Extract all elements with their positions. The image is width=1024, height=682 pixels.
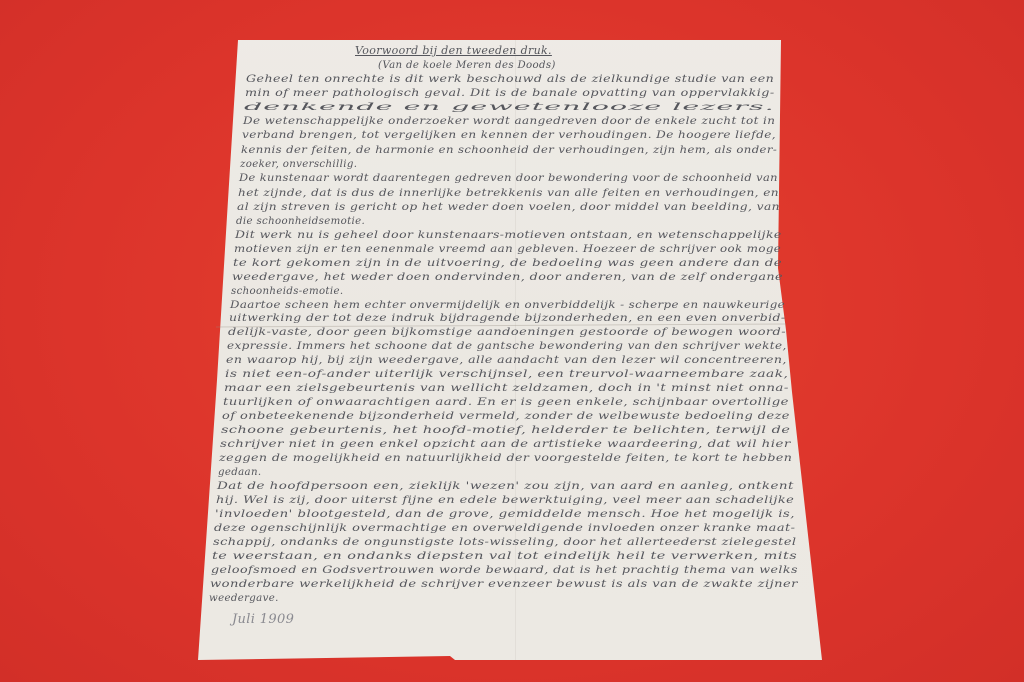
text-line: of onbeteekenende bijzonderheid vermeld,… [222, 411, 790, 422]
text-line: deze ogenschijnlijk overmachtige en over… [214, 523, 795, 534]
text-line: te weerstaan, en ondanks diepsten val to… [212, 551, 797, 562]
text-line: Dit werk nu is geheel door kunstenaars-m… [235, 230, 782, 241]
text-line: zeggen de mogelijkheid en natuurlijkheid… [219, 453, 792, 464]
text-line: schrijver niet in geen enkel opzicht aan… [220, 439, 791, 450]
text-line: schoonheids-emotie. [231, 286, 343, 297]
text-line: tuurlijken of onwaarachtigen aard. En er… [223, 397, 789, 408]
text-line: verband brengen, tot vergelijken en kenn… [242, 130, 776, 141]
text-line: delijk-vaste, door geen bijkomstige aand… [228, 327, 786, 338]
text-line: al zijn streven is gericht op het weder … [237, 202, 780, 213]
text-line: geloofsmoed en Godsvertrouwen worde bewa… [211, 565, 798, 576]
text-line: min of meer pathologisch geval. Dit is d… [245, 88, 775, 99]
text-line: De wetenschappelijke onderzoeker wordt a… [243, 116, 775, 127]
text-line: is niet een-of-ander uiterlijk verschijn… [225, 369, 788, 380]
manuscript-text: Voorwoord bij den tweeden druk. (Van de … [0, 0, 1024, 682]
text-line: het zijnde, dat is dus de innerlijke bet… [238, 188, 779, 199]
text-line: gedaan. [218, 467, 261, 478]
text-line: wonderbare werkelijkheid de schrijver ev… [210, 579, 798, 590]
text-line: expressie. Immers het schoone dat de gan… [227, 341, 787, 352]
manuscript-date: Juli 1909 [232, 612, 294, 627]
manuscript-title: Voorwoord bij den tweeden druk. [355, 44, 552, 57]
text-line: denkende en gewetenlooze lezers. [244, 102, 775, 113]
text-line: die schoonheidsemotie. [236, 216, 365, 227]
text-line: uitwerking der tot deze indruk bijdragen… [229, 313, 786, 324]
text-line: Geheel ten onrechte is dit werk beschouw… [246, 74, 774, 85]
text-line: Daartoe scheen hem echter onvermijdelijk… [230, 300, 785, 311]
text-line: maar een zielsgebeurtenis van wellicht z… [224, 383, 789, 394]
text-line: 'invloeden' blootgesteld, dan de grove, … [215, 509, 795, 520]
text-line: en waarop hij, bij zijn weedergave, alle… [226, 355, 787, 366]
text-line: schappij, ondanks de ongunstigste lots-w… [213, 537, 797, 548]
text-line: hij. Wel is zij, door uiterst fijne en e… [216, 495, 794, 506]
text-line: zoeker, onverschillig. [240, 159, 357, 170]
text-line: Dat de hoofdpersoon een, zieklijk 'wezen… [217, 481, 794, 492]
text-line: kennis der feiten, de harmonie en schoon… [241, 145, 777, 156]
text-line: weedergave. [209, 593, 279, 604]
text-line: te kort gekomen zijn in de uitvoering, d… [233, 258, 782, 269]
text-line: weedergave, het weder doen ondervinden, … [232, 272, 783, 283]
text-line: De kunstenaar wordt daarentegen gedreven… [239, 173, 778, 184]
text-line: schoone gebeurtenis, het hoofd-motief, h… [221, 425, 790, 436]
text-line: motieven zijn er ten eenenmale vreemd aa… [234, 244, 781, 255]
manuscript-subtitle: (Van de koele Meren des Doods) [378, 60, 556, 71]
